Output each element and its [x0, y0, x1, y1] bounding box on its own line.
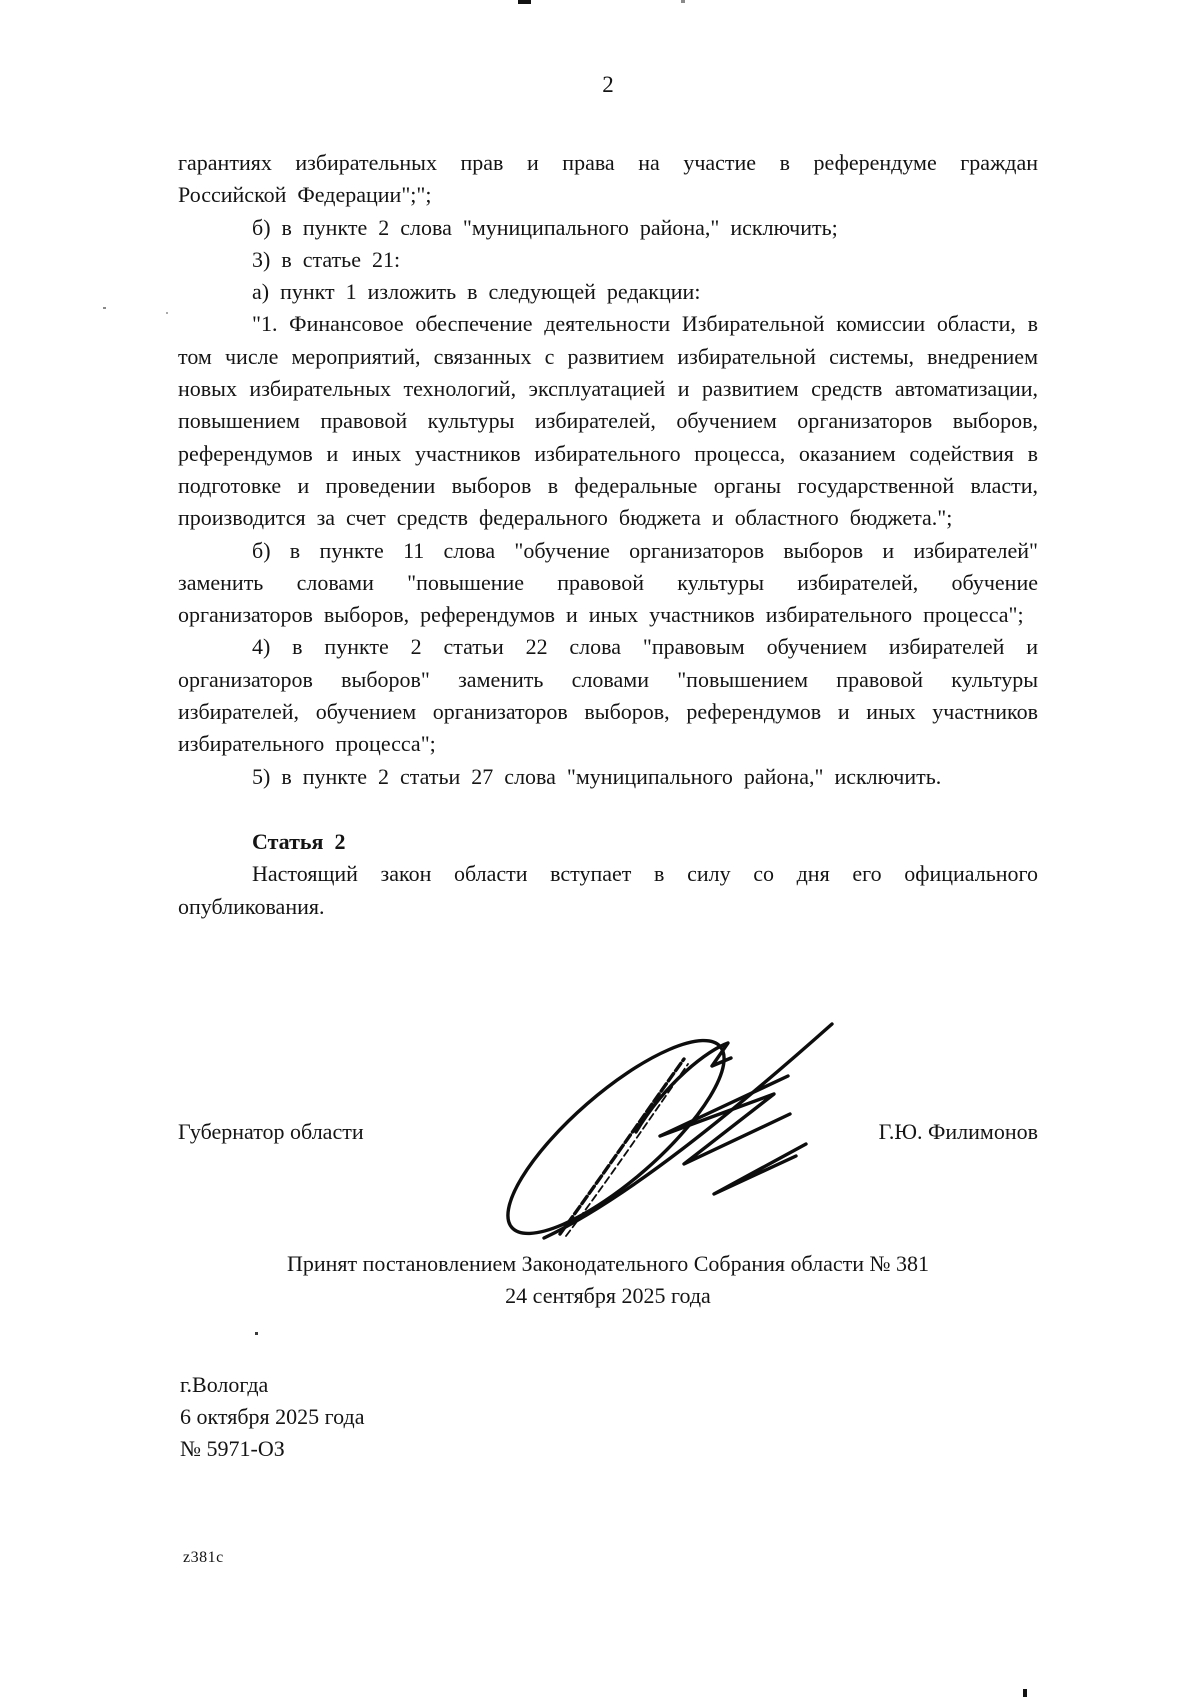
- body-paragraph: 4) в пункте 2 статьи 22 слова "правовым …: [178, 631, 1038, 760]
- adoption-resolution: Принят постановлением Законодательного С…: [178, 1248, 1038, 1280]
- amendment-paragraphs: гарантиях избирательных прав и права на …: [178, 147, 1038, 793]
- scan-artifact-top-left: [518, 0, 531, 4]
- body-paragraph: 3) в статье 21:: [178, 244, 1038, 276]
- body-paragraph: 5) в пункте 2 статьи 27 слова "муниципал…: [178, 761, 1038, 793]
- issue-date: 6 октября 2025 года: [180, 1401, 364, 1433]
- document-page: 2 гарантиях избирательных прав и права н…: [0, 0, 1200, 1697]
- body-paragraph: гарантиях избирательных прав и права на …: [178, 147, 1038, 212]
- article-2-heading: Статья 2: [178, 826, 1038, 858]
- page-number: 2: [178, 72, 1038, 98]
- body-paragraph: "1. Финансовое обеспечение деятельности …: [178, 308, 1038, 534]
- body-paragraph: а) пункт 1 изложить в следующей редакции…: [178, 276, 1038, 308]
- body-paragraph: б) в пункте 2 слова "муниципального райо…: [178, 212, 1038, 244]
- adoption-date: 24 сентября 2025 года: [178, 1280, 1038, 1312]
- document-body: гарантиях избирательных прав и права на …: [178, 147, 1038, 923]
- article-2-text: Настоящий закон области вступает в силу …: [178, 858, 1038, 923]
- governor-title: Губернатор области: [178, 1119, 364, 1145]
- signature-row: Губернатор области Г.Ю. Филимонов: [178, 1119, 1038, 1145]
- body-paragraph: б) в пункте 11 слова "обучение организат…: [178, 535, 1038, 632]
- scan-artifact-top-right: [681, 0, 685, 3]
- scan-speck: [103, 307, 106, 309]
- governor-name: Г.Ю. Филимонов: [879, 1119, 1038, 1145]
- scan-speck: [166, 312, 168, 314]
- issue-block: г.Вологда 6 октября 2025 года № 5971-ОЗ: [180, 1369, 364, 1465]
- law-number: № 5971-ОЗ: [180, 1433, 364, 1465]
- adoption-note: Принят постановлением Законодательного С…: [178, 1248, 1038, 1312]
- scan-speck: [255, 1332, 258, 1335]
- scan-artifact-bottom: [1023, 1689, 1027, 1697]
- footer-code: z381c: [183, 1549, 224, 1567]
- issue-city: г.Вологда: [180, 1369, 364, 1401]
